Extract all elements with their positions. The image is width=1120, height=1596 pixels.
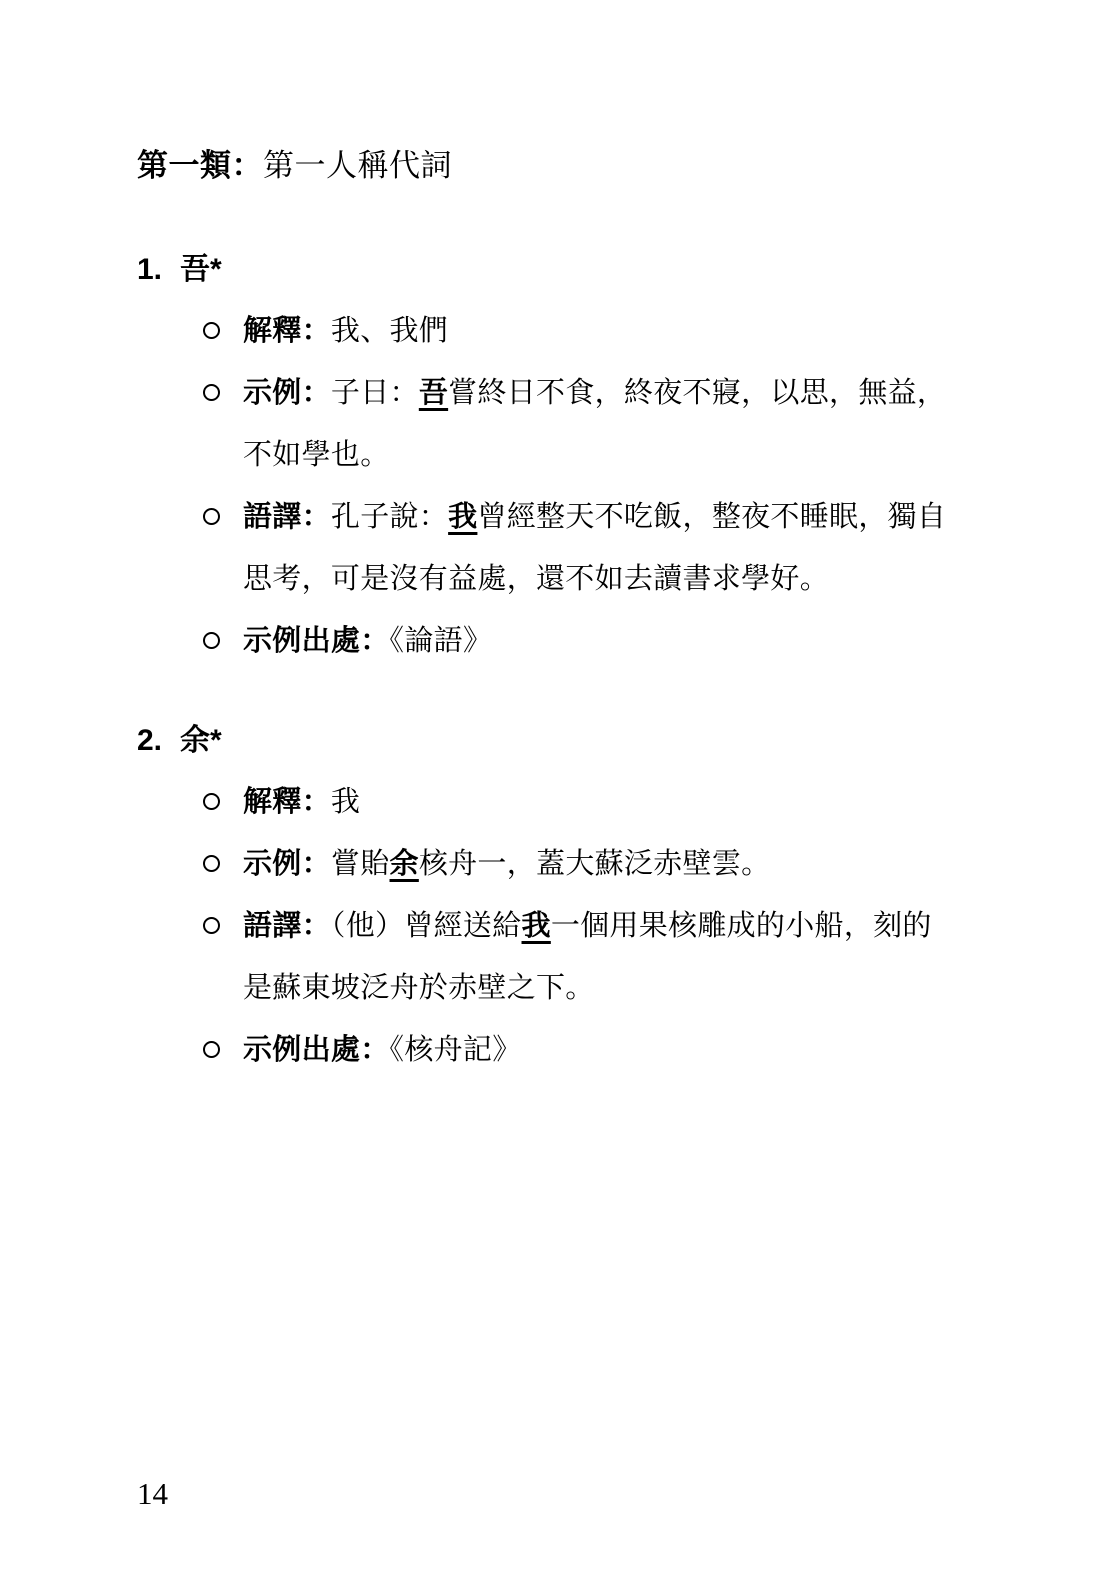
entry-number: 2.	[137, 724, 180, 758]
text-segment: 吾	[419, 377, 448, 409]
text-segment: 子日：	[331, 377, 419, 409]
text-segment: 余	[390, 848, 419, 880]
text-segment: 我、我們	[331, 315, 448, 347]
text-segment: 解釋：	[243, 315, 331, 347]
text-segment: 《核舟記》	[390, 1034, 522, 1066]
circle-bullet-icon	[203, 917, 220, 934]
bullet-text: 示例：子日：吾嘗終日不食，終夜不寢，以思，無益， 不如學也。	[243, 362, 1018, 486]
bullet-text: 解釋：我	[243, 771, 1018, 833]
bullet-item: 示例出處：《論語》	[203, 610, 1037, 672]
text-segment: （他）曾經送給	[331, 910, 522, 942]
entry-number: 1.	[137, 253, 180, 287]
text-segment: 《論語》	[390, 625, 493, 657]
text-segment: 示例：	[243, 848, 331, 880]
entry-term: 余*	[180, 724, 222, 758]
circle-bullet-icon	[203, 855, 220, 872]
entry-term: 吾*	[180, 253, 222, 287]
text-segment: 語譯：	[243, 910, 331, 942]
text-segment: 示例出處：	[243, 1034, 390, 1066]
text-segment: 我	[448, 501, 477, 533]
bullet-item: 示例：嘗貽余核舟一，蓋大蘇泛赤壁雲。	[203, 833, 1037, 895]
bullet-text: 語譯：孔子說：我曾經整天不吃飯，整夜不睡眠，獨自 思考，可是沒有益處，還不如去讀…	[243, 486, 1018, 610]
entry-bullets: 解釋：我 示例：嘗貽余核舟一，蓋大蘇泛赤壁雲。 語譯：（他）曾經送給我一個用果核…	[203, 771, 1037, 1081]
bullet-item: 語譯：（他）曾經送給我一個用果核雕成的小船，刻的 是蘇東坡泛舟於赤壁之下。	[203, 895, 1037, 1019]
circle-bullet-icon	[203, 322, 220, 339]
page-title-text: 第一人稱代詞	[263, 148, 452, 183]
text-segment: 嘗貽	[331, 848, 390, 880]
entry: 1. 吾* 解釋：我、我們 示例：子日：吾嘗終日不食，終夜不寢，以思，無益， 不…	[137, 253, 1037, 672]
text-segment: 示例：	[243, 377, 331, 409]
text-segment: 核舟一，蓋大蘇泛赤壁雲。	[419, 848, 771, 880]
page-number: 14	[137, 1476, 168, 1512]
circle-bullet-icon	[203, 793, 220, 810]
bullet-text: 語譯：（他）曾經送給我一個用果核雕成的小船，刻的 是蘇東坡泛舟於赤壁之下。	[243, 895, 1018, 1019]
entry-header: 1. 吾*	[137, 253, 1037, 287]
bullet-text: 示例出處：《論語》	[243, 610, 1018, 672]
circle-bullet-icon	[203, 384, 220, 401]
circle-bullet-icon	[203, 1041, 220, 1058]
circle-bullet-icon	[203, 632, 220, 649]
entry: 2. 余* 解釋：我 示例：嘗貽余核舟一，蓋大蘇泛赤壁雲。 語譯：（他）曾經送給…	[137, 724, 1037, 1081]
text-segment: 語譯：	[243, 501, 331, 533]
text-segment: 我	[522, 910, 551, 942]
bullet-item: 示例：子日：吾嘗終日不食，終夜不寢，以思，無益， 不如學也。	[203, 362, 1037, 486]
text-segment: 我	[331, 786, 360, 818]
entry-bullets: 解釋：我、我們 示例：子日：吾嘗終日不食，終夜不寢，以思，無益， 不如學也。 語…	[203, 300, 1037, 672]
entry-list: 1. 吾* 解釋：我、我們 示例：子日：吾嘗終日不食，終夜不寢，以思，無益， 不…	[137, 253, 1037, 1081]
bullet-item: 語譯：孔子說：我曾經整天不吃飯，整夜不睡眠，獨自 思考，可是沒有益處，還不如去讀…	[203, 486, 1037, 610]
bullet-item: 示例出處：《核舟記》	[203, 1019, 1037, 1081]
text-segment: 解釋：	[243, 786, 331, 818]
page-title: 第一類：第一人稱代詞	[137, 148, 1037, 184]
document-page: 第一類：第一人稱代詞 1. 吾* 解釋：我、我們 示例：子日：吾嘗終日不食，終夜…	[0, 0, 1120, 1596]
bullet-text: 示例：嘗貽余核舟一，蓋大蘇泛赤壁雲。	[243, 833, 1018, 895]
text-segment: 示例出處：	[243, 625, 390, 657]
document-content: 第一類：第一人稱代詞 1. 吾* 解釋：我、我們 示例：子日：吾嘗終日不食，終夜…	[137, 148, 1037, 1081]
text-segment: 孔子說：	[331, 501, 448, 533]
entry-header: 2. 余*	[137, 724, 1037, 758]
circle-bullet-icon	[203, 508, 220, 525]
bullet-text: 示例出處：《核舟記》	[243, 1019, 1018, 1081]
bullet-item: 解釋：我	[203, 771, 1037, 833]
bullet-item: 解釋：我、我們	[203, 300, 1037, 362]
bullet-text: 解釋：我、我們	[243, 300, 1018, 362]
page-title-category: 第一類：	[137, 148, 263, 183]
